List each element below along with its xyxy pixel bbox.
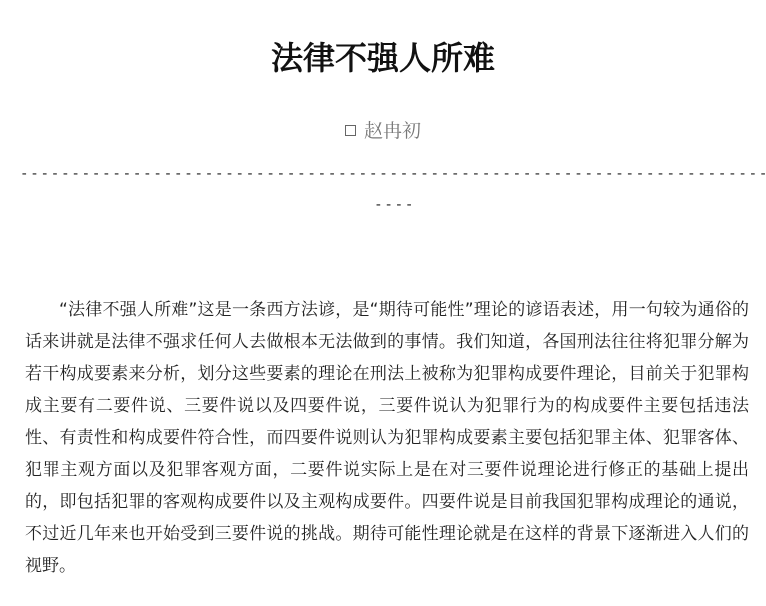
dashed-divider: - - - - - - - - - - - - - - - - - - - - …: [18, 158, 766, 220]
article-paragraph: “法律不强人所难”这是一条西方法谚，是“期待可能性”理论的谚语表述，用一句较为通…: [25, 294, 749, 582]
article-title: 法律不强人所难: [0, 36, 766, 80]
square-icon: [345, 125, 356, 136]
article-author: 赵冉初: [0, 118, 766, 144]
author-name: 赵冉初: [364, 120, 421, 142]
